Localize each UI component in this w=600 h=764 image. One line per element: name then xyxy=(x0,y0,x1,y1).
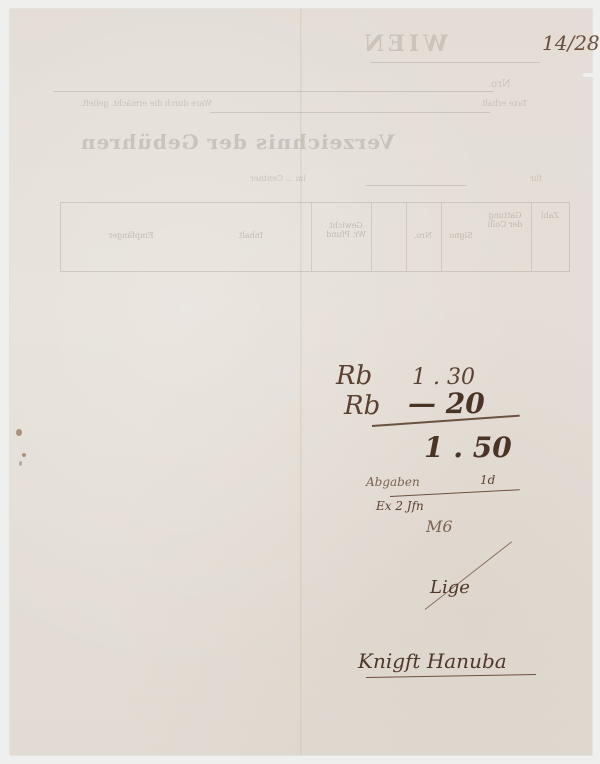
ghost-subtitle-right: im ... Centner xyxy=(250,174,306,183)
ink-stain xyxy=(16,429,22,436)
note-rule xyxy=(390,489,520,497)
ghost-rule xyxy=(366,185,466,186)
ghost-title: Verzeichnis der Gebühren xyxy=(80,130,395,154)
note-m6: M6 xyxy=(426,517,453,536)
entry-label-1: Rb xyxy=(336,361,372,391)
signature-underline xyxy=(366,674,536,678)
center-fold-crease xyxy=(300,9,302,755)
entry-label-2: Rb xyxy=(344,391,380,421)
total-amount: 1 . 50 xyxy=(424,431,512,464)
ghost-subtitle-left: für xyxy=(530,174,542,183)
ghost-header-nro: Nro. xyxy=(408,231,438,240)
ghost-line-right: Ware durch die ermächt. gelieft. xyxy=(80,99,212,108)
ghost-header-inhalt: Inhalt xyxy=(211,231,291,240)
ghost-rule xyxy=(370,62,540,63)
paper-sheet: WIEN Nro. Taxe erhalt Ware durch die erm… xyxy=(10,9,592,755)
ink-stain xyxy=(19,461,22,466)
note-ex: Ex 2 Jfn xyxy=(376,499,424,513)
ghost-header-gattung: Gattung der Colli xyxy=(481,211,529,229)
ghost-line-left: Taxe erhalt xyxy=(482,99,528,108)
ghost-rule xyxy=(210,112,490,113)
note-abgaben: Abgaben xyxy=(366,475,420,489)
ghost-rule xyxy=(54,91,494,92)
ghost-stamp: WIEN xyxy=(360,31,448,57)
ghost-header-zahl: Zahl xyxy=(533,211,567,220)
flourish-stroke xyxy=(425,541,512,610)
note-amount: 1d xyxy=(480,473,495,487)
entry-value-2: — 20 xyxy=(408,387,485,420)
ghost-header-gewicht: Gewicht Wr. Pfund xyxy=(323,221,369,239)
handwritten-mark: Lige xyxy=(430,577,470,598)
ghost-header-empfaenger: Empfänger xyxy=(81,231,181,240)
ghost-header-signo: Signo xyxy=(443,231,479,240)
edge-tear xyxy=(583,73,593,77)
page-number: 14/28 xyxy=(542,31,600,55)
ink-stain xyxy=(22,453,26,457)
signature: Knigft Hanuba xyxy=(358,649,507,673)
ghost-table: Zahl Gattung der Colli Signo Nro. Gewich… xyxy=(60,202,570,272)
ghost-form-header: Nro. xyxy=(488,79,511,90)
